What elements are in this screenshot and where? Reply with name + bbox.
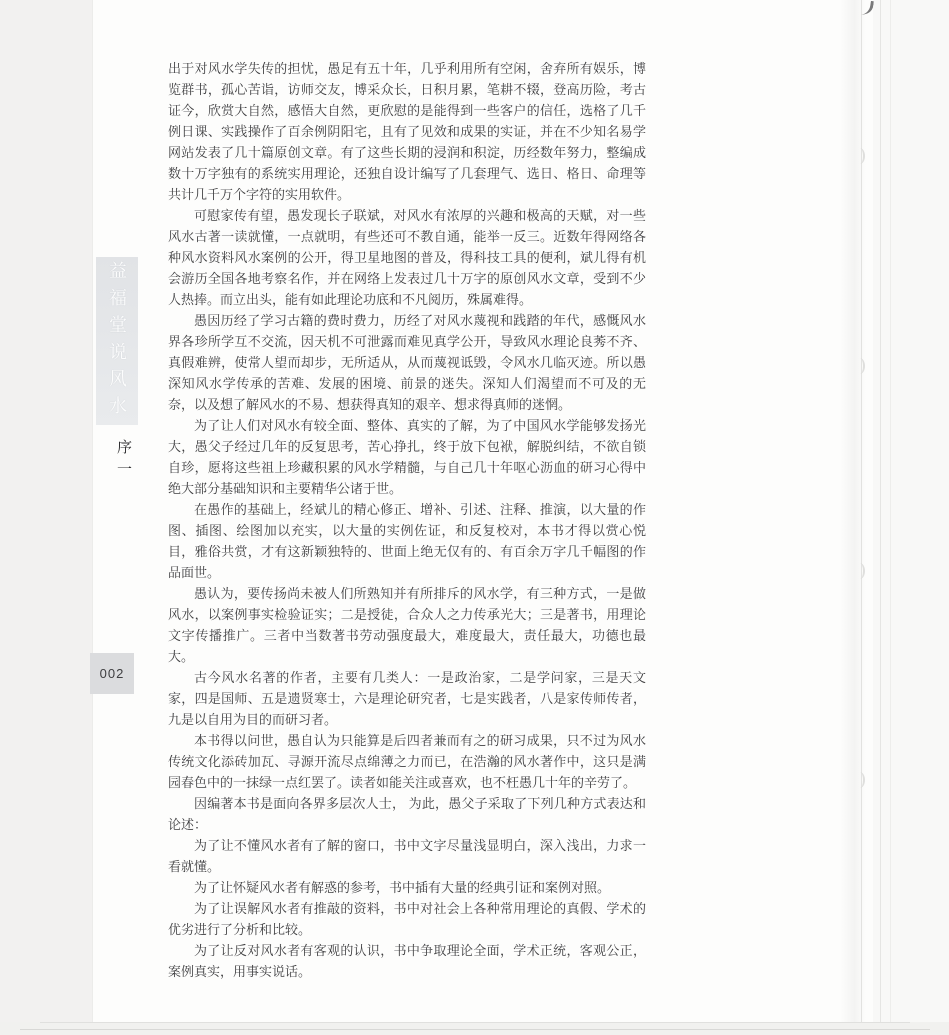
page-bottom-line (40, 1022, 910, 1023)
paragraph: 为了让误解风水者有推敲的资料，书中对社会上各种常用理论的真假、学术的优劣进行了分… (168, 898, 646, 940)
scan-artifact-mark (855, 358, 865, 374)
body-text: 出于对风水学失传的担忧，愚足有五十年，几乎利用所有空闲，舍弃所有娱乐，博览群书，… (168, 58, 646, 982)
book-title-vertical: 益福堂说风水 (96, 259, 138, 423)
paragraph: 古今风水名著的作者，主要有几类人：一是政治家，二是学问家，三是天文家，四是国师、… (168, 667, 646, 730)
scan-artifact-mark (855, 772, 865, 788)
page-edge-line (890, 0, 891, 1035)
paragraph: 愚因历经了学习古籍的费时费力，历经了对风水蔑视和践踏的年代，感慨风水界各珍所学互… (168, 310, 646, 415)
paragraph: 为了让人们对风水有较全面、整体、真实的了解，为了中国风水学能够发扬光大，愚父子经… (168, 415, 646, 499)
paragraph: 为了让怀疑风水者有解惑的参考，书中插有大量的经典引证和案例对照。 (168, 877, 646, 898)
scanned-book-page: 益福堂说风水 序一 002 出于对风水学失传的担忧，愚足有五十年，几乎利用所有空… (0, 0, 949, 1035)
page-bottom-edge (0, 1022, 949, 1035)
paragraph: 因编著本书是面向各界多层次人士， 为此，愚父子采取了下列几种方式表达和论述： (168, 793, 646, 835)
paragraph: 可慰家传有望，愚发现长子联斌，对风水有浓厚的兴趣和极高的天赋，对一些风水古著一读… (168, 205, 646, 310)
book-fore-edge (873, 0, 949, 1035)
scan-left-margin (0, 0, 92, 1035)
page-edge-line (880, 0, 881, 1035)
page-bottom-line (20, 1029, 930, 1030)
paragraph: 在愚作的基础上，经斌儿的精心修正、增补、引述、注释、推演，以大量的作图、插图、绘… (168, 499, 646, 583)
paragraph: 为了让不懂风水者有了解的窗口，书中文字尽量浅显明白，深入浅出，力求一看就懂。 (168, 835, 646, 877)
page-number: 002 (100, 666, 125, 681)
paragraph: 为了让反对风水者有客观的认识，书中争取理论全面，学术正统，客观公正，案例真实，用… (168, 940, 646, 982)
section-label: 序一 (104, 436, 134, 486)
paragraph: 本书得以问世，愚自认为只能算是后四者兼而有之的研习成果，只不过为风水传统文化添砖… (168, 730, 646, 793)
paragraph: 出于对风水学失传的担忧，愚足有五十年，几乎利用所有空闲，舍弃所有娱乐，博览群书，… (168, 58, 646, 205)
page-number-box: 002 (90, 653, 134, 694)
spine-title-block: 益福堂说风水 (96, 257, 138, 425)
scan-artifact-mark (855, 563, 865, 579)
scan-artifact-mark (855, 148, 865, 164)
paragraph: 愚认为，要传扬尚未被人们所熟知并有所排斥的风水学，有三种方式，一是做风水，以案例… (168, 583, 646, 667)
